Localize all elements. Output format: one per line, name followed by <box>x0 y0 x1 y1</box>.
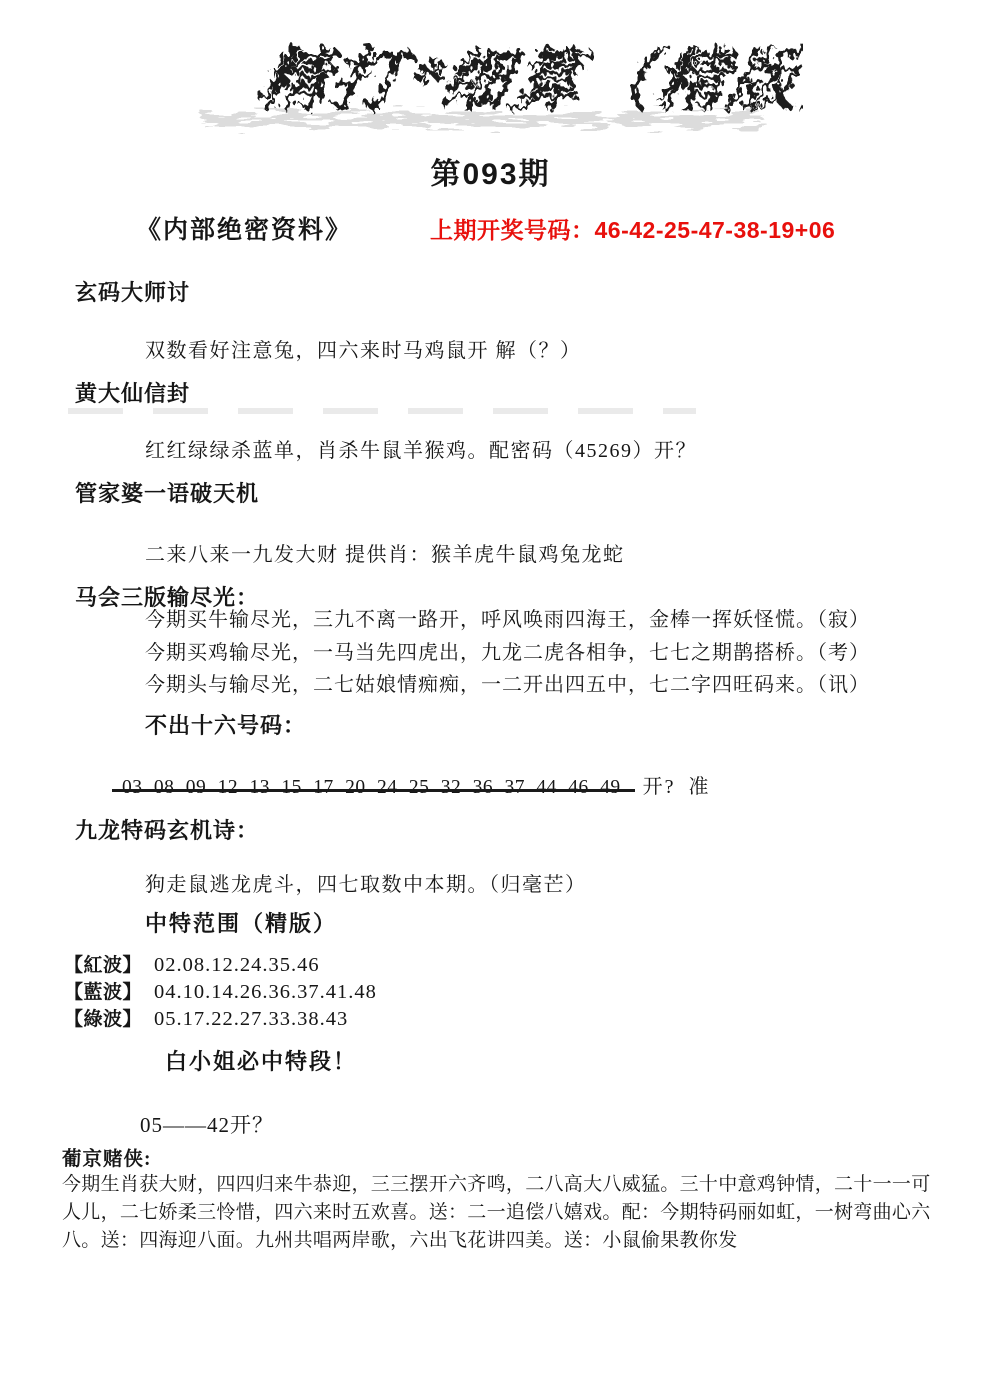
special-range-title: 中特范围（精版） <box>145 907 337 938</box>
mahui-verse-line: 今期买鸡输尽光，一马当先四虎出，九龙二虎各相争，七七之期鹊搭桥。（考） <box>145 637 870 670</box>
wave-numbers-red: 02.08.12.24.35.46 <box>154 954 320 976</box>
wave-label-green: 【綠波】 <box>64 1009 142 1030</box>
section-heading-huangdaxian: 黄大仙信封 <box>75 377 190 408</box>
lottery-tip-sheet: 精打*细算（精版） 第093期 《内部绝密资料》 上期开奖号码：46-42-25… <box>0 0 981 1388</box>
wave-row-blue: 【藍波】04.10.14.26.36.37.41.48 <box>64 977 377 1004</box>
section-heading-jiulong: 九龙特码玄机诗： <box>75 814 259 845</box>
xuanma-tip-line: 双数看好注意兔，四六来时马鸡鼠开 解（？） <box>145 334 582 363</box>
pujing-verse-line: 八。送：四海迎八面。九州共唱两岸歌，六出飞花讲四美。送：小鼠偷果教你发 <box>62 1227 952 1255</box>
secret-material-title: 《内部绝密资料》 <box>136 210 352 246</box>
wave-row-green: 【綠波】05.17.22.27.33.38.43 <box>64 1004 377 1031</box>
mahui-verse-block: 今期买牛输尽光，三九不离一路开，呼风唤雨四海王，金棒一挥妖怪慌。（寂） 今期买鸡… <box>145 604 870 702</box>
wave-label-blue: 【藍波】 <box>64 982 142 1003</box>
section-heading-xuanma: 玄码大师讨 <box>75 276 190 307</box>
jiulong-poem-line: 狗走鼠逃龙虎斗，四七取数中本期。（归毫芒） <box>145 868 587 897</box>
excluded-numbers-row: 03 08 09 12 13 15 17 20 24 25 32 36 37 4… <box>122 770 711 799</box>
pujing-verse-line: 今期生肖获大财，四四归来牛恭迎，三三摆开六齐鸣，二八高大八威猛。三十中意鸡钟情，… <box>62 1171 952 1199</box>
scan-smudge-line <box>68 408 696 414</box>
wave-row-red: 【紅波】02.08.12.24.35.46 <box>64 950 377 977</box>
last-draw-numbers: 上期开奖号码：46-42-25-47-38-19+06 <box>430 212 835 245</box>
section-heading-sixteen-numbers: 不出十六号码： <box>145 709 306 740</box>
wave-label-red: 【紅波】 <box>64 955 142 976</box>
masthead-logo-text: 精打*细算（精版） <box>249 45 803 120</box>
wave-numbers-blue: 04.10.14.26.36.37.41.48 <box>154 981 377 1003</box>
wave-numbers-green: 05.17.22.27.33.38.43 <box>154 1008 348 1030</box>
pujing-verse-line: 人儿，二七娇柔三怜惜，四六来时五欢喜。送：二一追偿八嬉戏。配：今期特码丽如虹，一… <box>62 1199 952 1227</box>
baixiaojie-title: 白小姐必中特段！ <box>165 1045 357 1076</box>
section-heading-guanjiapo: 管家婆一语破天机 <box>75 477 259 508</box>
excluded-numbers-struck: 03 08 09 12 13 15 17 20 24 25 32 36 37 4… <box>122 777 621 799</box>
guanjiapo-tip-line: 二来八来一九发大财 提供肖：猴羊虎牛鼠鸡兔龙蛇 <box>145 538 625 567</box>
mahui-verse-line: 今期头与输尽光，二七姑娘情痴痴，一二开出四五中，七二字四旺码来。（讯） <box>145 669 870 702</box>
wave-color-block: 【紅波】02.08.12.24.35.46 【藍波】04.10.14.26.36… <box>64 950 377 1031</box>
baixiaojie-numbers-line: 05——42开？ <box>140 1109 274 1139</box>
pujing-heading: 葡京赌侠: <box>62 1143 952 1171</box>
issue-number: 第093期 <box>0 149 981 193</box>
masthead-logo: 精打*细算（精版） <box>163 20 803 148</box>
pujing-section: 葡京赌侠: 今期生肖获大财，四四归来牛恭迎，三三摆开六齐鸣，二八高大八威猛。三十… <box>62 1143 952 1256</box>
mahui-verse-line: 今期买牛输尽光，三九不离一路开，呼风唤雨四海王，金棒一挥妖怪慌。（寂） <box>145 604 870 637</box>
huangdaxian-tip-line: 红红绿绿杀蓝单，肖杀牛鼠羊猴鸡。配密码（45269）开？ <box>145 434 697 463</box>
excluded-numbers-verdict: 开? 准 <box>643 776 711 798</box>
